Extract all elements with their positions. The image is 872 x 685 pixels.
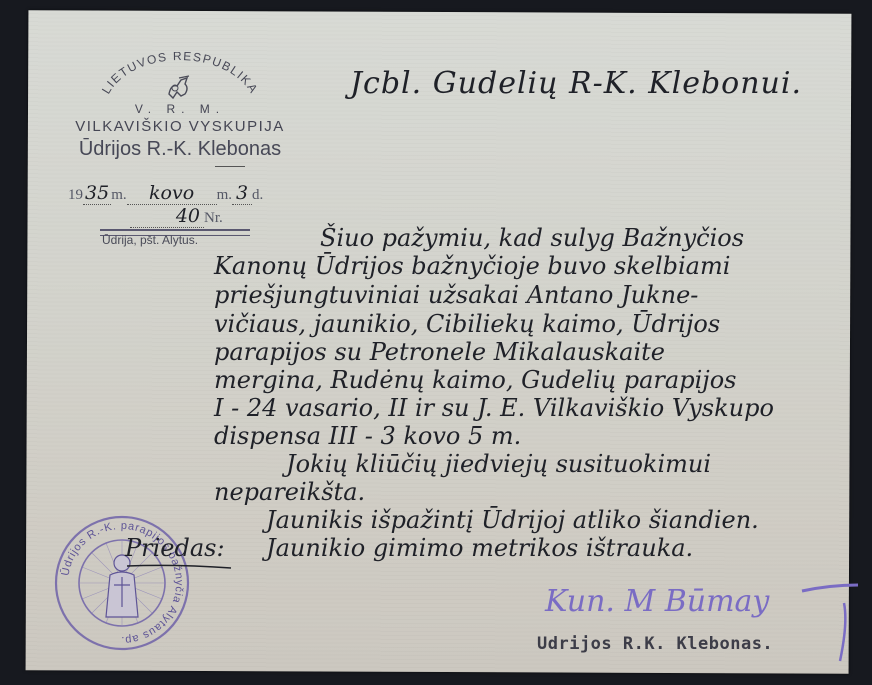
body-line: Šiuo pažymiu, kad sulyg Bažnyčios	[320, 224, 744, 252]
date-year-suffix: m.	[111, 187, 126, 203]
priest-signature: Kun. M Būmay	[545, 584, 769, 619]
number-suffix: Nr.	[204, 210, 223, 226]
date-month-suffix: m.	[217, 187, 232, 203]
salutation: Jcbl. Gudelių R-K. Klebonui.	[350, 66, 802, 101]
date-month-handwritten: kovo	[127, 182, 217, 205]
parish-title: Ūdrijos R.-K. Klebonas	[60, 138, 300, 161]
body-line: vičiaus, jaunikio, Cibiliekų kaimo, Ūdri…	[214, 310, 720, 338]
diocese-title: VILKAVIŠKIO VYSKUPIJA	[60, 118, 300, 135]
annex-underline	[125, 560, 235, 572]
body-line: I - 24 vasario, II ir su J. E. Vilkavišk…	[214, 394, 774, 422]
annex-label: Priedas:	[125, 534, 225, 562]
date-field: 1935m.kovom.3d.	[68, 182, 263, 205]
pastor-title-stamp: Udrijos R.K. Klebonas.	[537, 634, 773, 654]
body-line: priešjungtuviniai užsakai Antano Jukne-	[214, 281, 698, 309]
date-year-prefix: 19	[68, 187, 83, 203]
body-line: mergina, Rudėnų kaimo, Gudelių parapijos	[214, 366, 736, 394]
body-line: dispensa III - 3 kovo 5 m.	[214, 422, 521, 450]
vrm-subtitle: V. R. M.	[60, 102, 300, 116]
body-line: Kanonų Ūdrijos bažnyčioje buvo skelbiami	[214, 252, 730, 280]
number-field: 40Nr.	[130, 205, 223, 228]
postal-address: Ūdrija, pšt. Alytus.	[102, 233, 198, 247]
body-line: nepareikšta.	[214, 478, 365, 506]
vytis-crest-icon	[165, 74, 193, 100]
body-line: parapijos su Petronele Mikalauskaite	[214, 338, 665, 366]
body-line: Jaunikio gimimo metrikos ištrauka.	[266, 534, 693, 562]
signature-flourish	[800, 583, 860, 663]
body-line: Jokių kliūčių jiedviejų susituokimui	[286, 450, 711, 478]
number-handwritten: 40	[130, 205, 204, 228]
date-day-handwritten: 3	[232, 182, 252, 205]
short-divider	[215, 166, 245, 167]
date-day-suffix: d.	[252, 187, 263, 203]
body-line: Jaunikis išpažintį Ūdrijoj atliko šiandi…	[266, 506, 759, 534]
date-year-handwritten: 35	[83, 182, 111, 205]
